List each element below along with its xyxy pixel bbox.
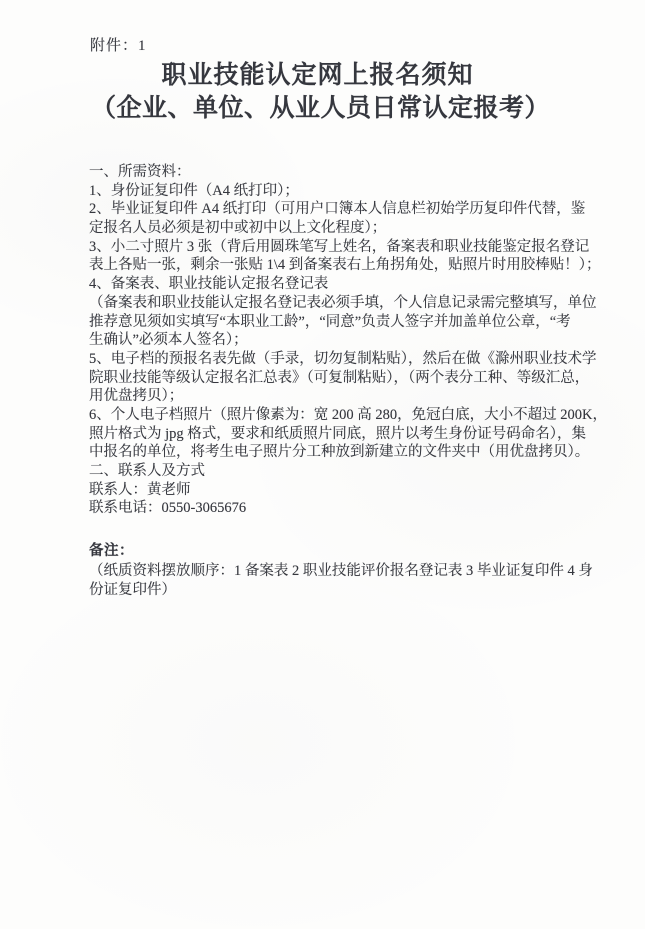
- body-line: 表上各贴一张，剩余一张贴 1\4 到备案表右上角拐角处，贴照片时用胶棒贴！）；: [89, 256, 569, 275]
- body-line: 2、毕业证复印件 A4 纸打印（可用户口簿本人信息栏初始学历复印件代替，鉴: [89, 200, 569, 219]
- body-line: 生确认”必须本人签名）；: [89, 331, 569, 350]
- body-line: 定报名人员必须是初中或初中以上文化程度）；: [89, 219, 569, 238]
- notes-line: 份证复印件）: [89, 581, 569, 600]
- body-line: 推荐意见须如实填写“本职业工龄”，“同意”负责人签字并加盖单位公章，“考: [89, 313, 569, 332]
- body-line: 中报名的单位，将考生电子照片分工种放到新建立的文件夹中（用优盘拷贝）。: [89, 443, 569, 462]
- document-title: 职业技能认定网上报名须知: [0, 61, 635, 91]
- document-body: 一、所需资料：1、身份证复印件（A4 纸打印）；2、毕业证复印件 A4 纸打印（…: [89, 163, 569, 518]
- notes-label: 备注：: [89, 542, 569, 562]
- body-line: 5、电子档的预报名表先做（手录，切勿复制粘贴），然后在做《滁州职业技术学: [89, 350, 569, 369]
- body-line: 联系人：黄老师: [89, 481, 569, 500]
- notes-section: 备注： （纸质资料摆放顺序：1 备案表 2 职业技能评价报名登记表 3 毕业证复…: [89, 542, 569, 600]
- body-line: 4、备案表、职业技能认定报名登记表: [89, 275, 569, 294]
- document-subtitle: （企业、单位、从业人员日常认定报考）: [0, 93, 641, 125]
- scanned-document-page: 附件：1 职业技能认定网上报名须知 （企业、单位、从业人员日常认定报考） 一、所…: [0, 0, 645, 929]
- notes-line: （纸质资料摆放顺序：1 备案表 2 职业技能评价报名登记表 3 毕业证复印件 4…: [89, 562, 569, 581]
- body-line: 用优盘拷贝）；: [89, 387, 569, 406]
- body-line: 二、联系人及方式: [89, 462, 569, 481]
- notes-body: （纸质资料摆放顺序：1 备案表 2 职业技能评价报名登记表 3 毕业证复印件 4…: [89, 562, 569, 600]
- body-line: 一、所需资料：: [89, 163, 569, 182]
- body-line: 照片格式为 jpg 格式，要求和纸质照片同底，照片以考生身份证号码命名），集: [89, 425, 569, 444]
- body-line: 3、小二寸照片 3 张（背后用圆珠笔写上姓名，备案表和职业技能鉴定报名登记: [89, 238, 569, 257]
- body-line: 联系电话：0550-3065676: [89, 499, 569, 518]
- body-line: （备案表和职业技能认定报名登记表必须手填，个人信息记录需完整填写，单位: [89, 294, 569, 313]
- body-line: 1、身份证复印件（A4 纸打印）；: [89, 182, 569, 201]
- body-line: 院职业技能等级认定报名汇总表》（可复制粘贴），（两个表分工种、等级汇总，: [89, 369, 569, 388]
- body-line: 6、个人电子档照片（照片像素为：宽 200 高 280，免冠白底，大小不超过 2…: [89, 406, 569, 425]
- attachment-label: 附件：1: [90, 38, 147, 55]
